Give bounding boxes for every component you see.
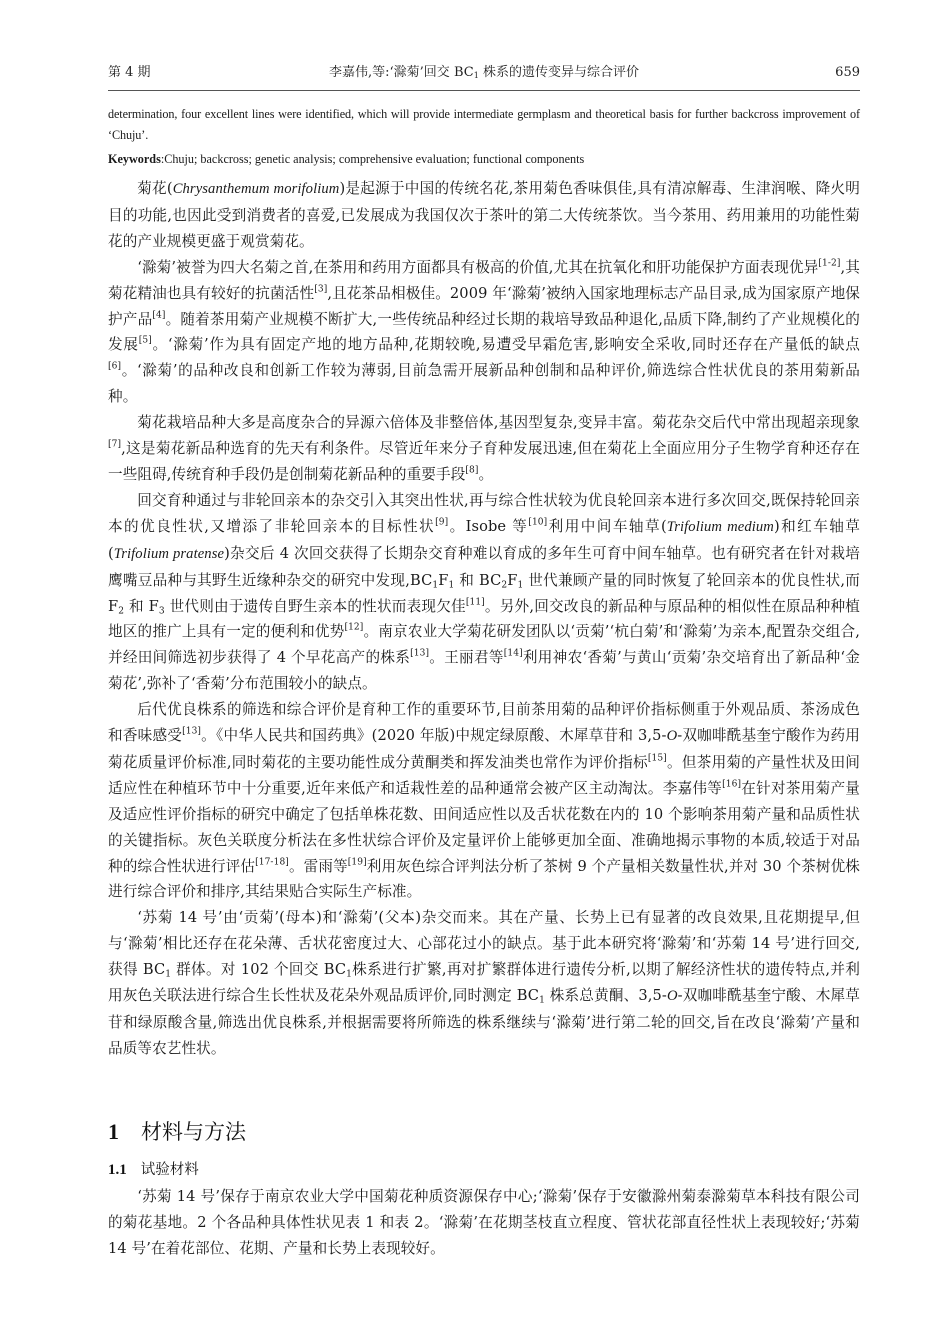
page-number: 659	[835, 62, 860, 84]
citation: [13]	[410, 649, 429, 659]
subsection-number: 1.1	[108, 1162, 127, 1178]
citation: [16]	[722, 780, 741, 790]
citation: [6]	[108, 362, 121, 372]
subsection-title: 试验材料	[141, 1162, 199, 1178]
citation: [5]	[139, 336, 152, 346]
keywords-list: Chuju; backcross; genetic analysis; comp…	[164, 152, 584, 166]
paragraph-2: ‘滁菊’被誉为四大名菊之首,在茶用和药用方面都具有极高的价值,尤其在抗氧化和肝功…	[108, 255, 860, 410]
materials-body: ‘苏菊 14 号’保存于南京农业大学中国菊花种质资源保存中心;‘滁菊’保存于安徽…	[108, 1184, 860, 1262]
citation: [4]	[152, 310, 165, 320]
citation: [10]	[528, 517, 547, 527]
paragraph-3: 菊花栽培品种大多是高度杂合的异源六倍体及非整倍体,基因型复杂,变异丰富。菊花杂交…	[108, 410, 860, 488]
header-divider	[108, 90, 860, 91]
citation: [12]	[344, 623, 363, 633]
paragraph-materials: ‘苏菊 14 号’保存于南京农业大学中国菊花种质资源保存中心;‘滁菊’保存于安徽…	[108, 1184, 860, 1262]
abstract-english-tail: determination, four excellent lines were…	[108, 104, 860, 146]
citation: [19]	[348, 857, 367, 867]
citation: [9]	[435, 517, 448, 527]
running-title: 李嘉伟,等:‘滁菊’回交 BC1 株系的遗传变异与综合评价	[108, 62, 860, 84]
introduction-body: 菊花(Chrysanthemum morifolium)是起源于中国的传统名花,…	[108, 176, 860, 1062]
keywords-label: Keywords	[108, 152, 161, 166]
running-header: 第 4 期 李嘉伟,等:‘滁菊’回交 BC1 株系的遗传变异与综合评价 659	[108, 62, 860, 84]
citation: [3]	[314, 284, 327, 294]
paragraph-4: 回交育种通过与非轮回亲本的杂交引入其突出性状,再与综合性状较为优良轮回亲本进行多…	[108, 488, 860, 697]
citation: [7]	[108, 440, 121, 450]
citation: [17-18]	[255, 857, 289, 867]
citation: [14]	[504, 649, 523, 659]
paragraph-5: 后代优良株系的筛选和综合评价是育种工作的重要环节,目前茶用菊的品种评价指标侧重于…	[108, 697, 860, 905]
section-heading-1: 1材料与方法	[108, 1118, 246, 1146]
section-number: 1	[108, 1119, 119, 1144]
section-title: 材料与方法	[141, 1120, 246, 1144]
citation: [8]	[465, 466, 478, 476]
citation: [1-2]	[818, 258, 840, 268]
citation: [13]	[182, 727, 201, 737]
section-heading-1-1: 1.1试验材料	[108, 1159, 199, 1181]
citation: [15]	[648, 754, 667, 764]
paragraph-6: ‘苏菊 14 号’由‘贡菊’(母本)和‘滁菊’(父本)杂交而来。其在产量、长势上…	[108, 905, 860, 1061]
paragraph-1: 菊花(Chrysanthemum morifolium)是起源于中国的传统名花,…	[108, 176, 860, 255]
citation: [11]	[466, 597, 485, 607]
keywords-line: Keywords:Chuju; backcross; genetic analy…	[108, 149, 860, 170]
